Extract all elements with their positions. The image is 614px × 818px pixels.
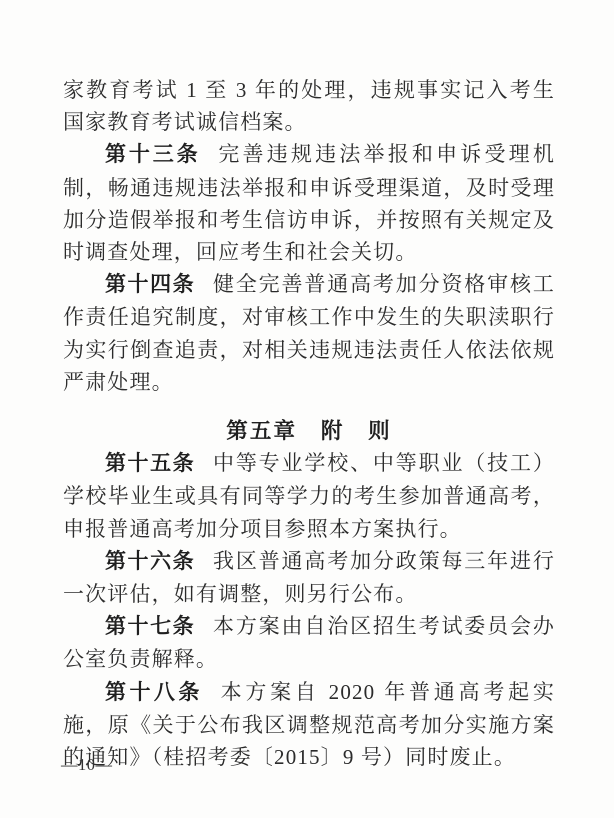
article-13-label: 第十三条	[105, 143, 201, 166]
paragraph-continuation-text: 家教育考试 1 至 3 年的处理，违规事实记入考生国家教育考试诚信档案。	[63, 78, 555, 134]
chapter-heading: 第五章 附 则	[63, 415, 555, 447]
article-16: 第十六条我区普通高考加分政策每三年进行一次评估，如有调整，则另行公布。	[63, 545, 555, 610]
article-14: 第十四条健全完善普通高考加分资格审核工作责任追究制度，对审核工作中发生的失职渎职…	[63, 268, 555, 398]
article-18: 第十八条本方案自 2020 年普通高考起实施，原《关于公布我区调整规范高考加分实…	[63, 676, 555, 774]
article-17-label: 第十七条	[105, 615, 195, 638]
paragraph-continuation: 家教育考试 1 至 3 年的处理，违规事实记入考生国家教育考试诚信档案。	[63, 74, 555, 138]
article-15-label: 第十五条	[105, 452, 195, 475]
page-number: —10—	[61, 755, 113, 775]
document-page: 家教育考试 1 至 3 年的处理，违规事实记入考生国家教育考试诚信档案。 第十三…	[0, 0, 614, 818]
article-17: 第十七条本方案由自治区招生考试委员会办公室负责解释。	[63, 610, 555, 675]
article-14-label: 第十四条	[105, 273, 195, 296]
article-16-label: 第十六条	[105, 550, 195, 573]
article-18-label: 第十八条	[105, 681, 203, 704]
article-15: 第十五条中等专业学校、中等职业（技工）学校毕业生或具有同等学力的考生参加普通高考…	[63, 447, 555, 545]
article-13: 第十三条完善违规违法举报和申诉受理机制，畅通违规违法举报和申诉受理渠道，及时受理…	[63, 138, 555, 268]
document-body: 家教育考试 1 至 3 年的处理，违规事实记入考生国家教育考试诚信档案。 第十三…	[63, 74, 555, 773]
